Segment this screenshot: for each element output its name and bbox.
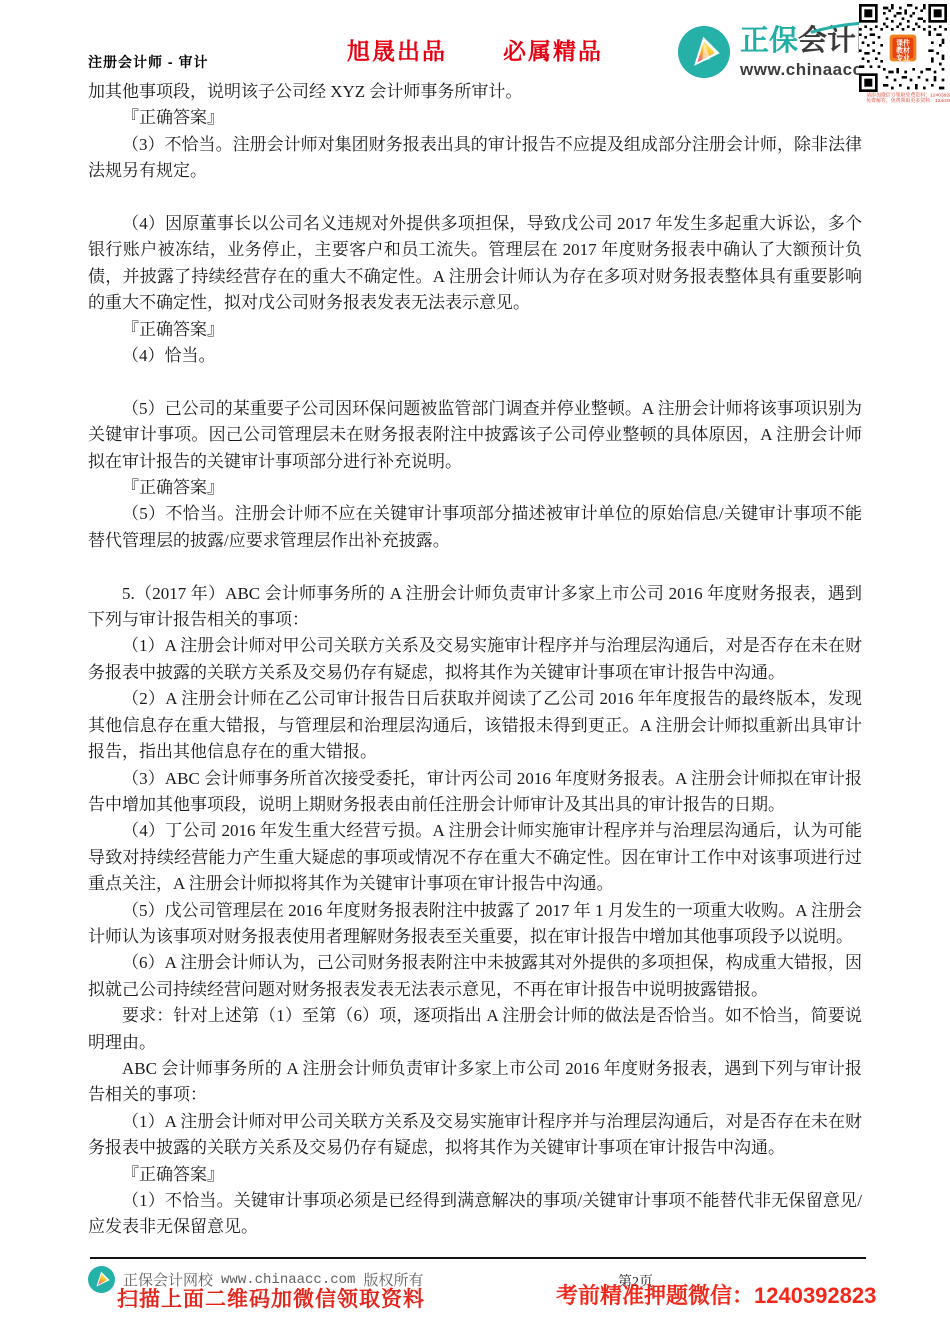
blank-line: [88, 369, 862, 395]
body-paragraph: （1）A 注册会计师对甲公司关联方关系及交易实施审计程序并与治理层沟通后，对是否…: [88, 633, 862, 686]
svg-text:教材: 教材: [895, 46, 910, 55]
body-paragraph: （1）不恰当。关键审计事项必须是已经得到满意解决的事项/关键审计事项不能替代非无…: [88, 1188, 862, 1241]
body-paragraph: （3）ABC 会计师事务所首次接受委托，审计丙公司 2016 年度财务报表。A …: [88, 766, 862, 819]
body-paragraph: 『正确答案』: [88, 105, 862, 131]
blank-line: [88, 185, 862, 211]
body-paragraph: 『正确答案』: [88, 475, 862, 501]
wechat-qr: 课件 教材 专业 请添加微信号领取免费资料：1240392823 免费解答，免费…: [858, 4, 948, 107]
footer-divider: [90, 1257, 866, 1259]
body-paragraph: （1）A 注册会计师对甲公司关联方关系及交易实施审计程序并与治理层沟通后，对是否…: [88, 1109, 862, 1162]
svg-text:专业: 专业: [896, 53, 910, 62]
wechat-promo-text: 考前精准押题微信：1240392823: [556, 1279, 876, 1310]
doc-label: 注册会计师 - 审计: [88, 52, 208, 72]
body-paragraph: （3）不恰当。注册会计师对集团财务报表出具的审计报告不应提及组成部分注册会计师，…: [88, 132, 862, 185]
svg-text:课件: 课件: [896, 38, 910, 47]
footer-logo-icon: [88, 1266, 115, 1293]
body-paragraph: （2）A 注册会计师在乙公司审计报告日后获取并阅读了乙公司 2016 年年度报告…: [88, 686, 862, 765]
brand-name-teal: 正保: [740, 25, 798, 57]
body-paragraph: 5.（2017 年）ABC 会计师事务所的 A 注册会计师负责审计多家上市公司 …: [88, 581, 862, 634]
scan-promo-text: 扫描上面二维码加微信领取资料: [117, 1283, 425, 1313]
promo-right-text: 必属精品: [503, 38, 603, 64]
body-paragraph: 『正确答案』: [88, 1162, 862, 1188]
body-paragraph: 『正确答案』: [88, 317, 862, 343]
body-paragraph: （5）不恰当。注册会计师不应在关键审计事项部分描述被审计单位的原始信息/关键审计…: [88, 501, 862, 554]
body-paragraph: （4）丁公司 2016 年发生重大经营亏损。A 注册会计师实施审计程序并与治理层…: [88, 818, 862, 897]
body-paragraph: （4）因原董事长以公司名义违规对外提供多项担保，导致戊公司 2017 年发生多起…: [88, 211, 862, 317]
body-paragraph: 加其他事项段，说明该子公司经 XYZ 会计师事务所审计。: [88, 79, 862, 105]
qr-center-badge: 课件 教材 专业: [890, 35, 917, 62]
body-paragraph: （4）恰当。: [88, 343, 862, 369]
qr-caption-line2: 免费解答，免费领取更多资料：1240392823: [866, 99, 940, 105]
body-paragraph: 要求：针对上述第（1）至第（6）项，逐项指出 A 注册会计师的做法是否恰当。如不…: [88, 1003, 862, 1056]
chinaacc-logo-icon: [678, 26, 730, 78]
body-paragraph: （5）戊公司管理层在 2016 年度财务报表附注中披露了 2017 年 1 月发…: [88, 898, 862, 951]
body-paragraph: ABC 会计师事务所的 A 注册会计师负责审计多家上市公司 2016 年度财务报…: [88, 1056, 862, 1109]
document-page: 旭晟出品必属精品 正保会计网校 www.ch: [0, 0, 950, 1344]
qr-caption: 请添加微信号领取免费资料：1240392823 免费解答，免费领取更多资料：12…: [866, 93, 940, 104]
body-paragraph: （5）己公司的某重要子公司因环保问题被监管部门调查并停业整顿。A 注册会计师将该…: [88, 396, 862, 475]
qr-code-graphic: 课件 教材 专业: [859, 4, 947, 92]
blank-line: [88, 554, 862, 580]
promo-left-text: 旭晟出品: [347, 38, 447, 64]
body-paragraph: （6）A 注册会计师认为，己公司财务报表附注中未披露其对外提供的多项担保，构成重…: [88, 950, 862, 1003]
document-body: 加其他事项段，说明该子公司经 XYZ 会计师事务所审计。『正确答案』（3）不恰当…: [88, 79, 862, 1241]
